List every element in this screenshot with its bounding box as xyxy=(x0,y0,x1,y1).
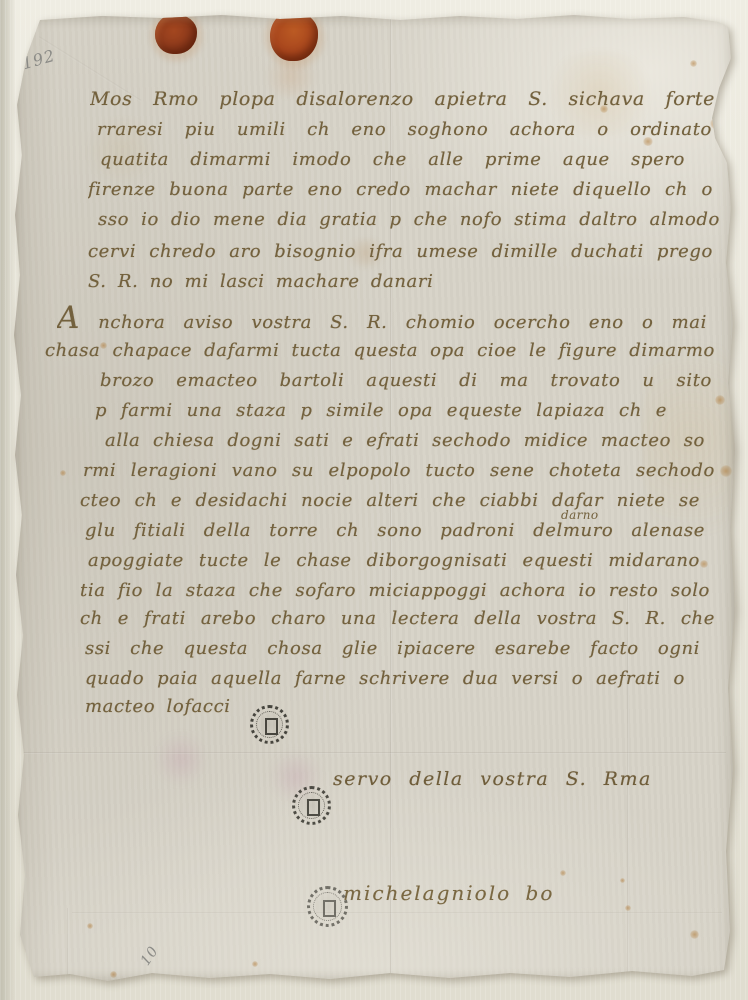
wax-seal-left xyxy=(155,14,197,54)
letter-line: brozo emacteo bartoli aquesti di ma trov… xyxy=(100,368,712,398)
letter-line: apoggiate tucte le chase diborgognisati … xyxy=(88,548,700,578)
fox-spot xyxy=(720,465,732,477)
letter-line: ch e frati arebo charo una lectera della… xyxy=(80,606,715,636)
letter-line: p farmi una staza p simile opa equeste l… xyxy=(95,398,667,428)
bottom-pencil-number: 10 xyxy=(138,943,162,968)
letter-line: macteo lofacci xyxy=(85,694,231,720)
fox-spot xyxy=(87,923,93,929)
fold-crease xyxy=(20,752,726,754)
fox-spot xyxy=(60,470,66,476)
fox-spot xyxy=(710,118,722,129)
library-stamp xyxy=(292,786,331,825)
fox-spot xyxy=(625,905,631,911)
letter-line: quado paia aquella farne schrivere dua v… xyxy=(85,666,685,696)
fox-spot xyxy=(690,60,697,67)
letter-line: alla chiesa dogni sati e efrati sechodo … xyxy=(105,428,705,458)
closing-line: servo della vostra S. Rma xyxy=(333,766,652,792)
letter-line: ssi che questa chosa glie ipiacere esare… xyxy=(85,636,700,666)
letter-line: tia fio la staza che sofaro miciappoggi … xyxy=(80,578,710,608)
library-stamp xyxy=(307,886,348,927)
folio-number: 192 xyxy=(20,48,57,73)
letter-line: chasa chapace dafarmi tucta questa opa c… xyxy=(45,338,715,368)
fox-spot xyxy=(700,560,708,568)
fox-spot xyxy=(715,395,725,405)
fox-spot xyxy=(110,971,117,978)
interlinear-note: darno xyxy=(561,509,599,521)
scan-background: { "annotations": { "corner_number": "192… xyxy=(0,0,748,1000)
letter-page-wrapper: 192 10 Mos Rmo plopa disalorenzo apietra… xyxy=(0,0,748,1000)
letter-line: firenze buona parte eno credo machar nie… xyxy=(88,177,713,207)
pink-bleed-stain xyxy=(157,730,205,788)
letter-line: glu fitiali della torre ch sono padroni … xyxy=(85,518,705,548)
letter-line: A nchora aviso vostra S. R. chomio ocerc… xyxy=(57,305,707,339)
letter-line: sso io dio mene dia gratia p che nofo st… xyxy=(98,207,720,237)
fox-spot xyxy=(620,878,625,883)
fold-crease xyxy=(72,912,722,914)
library-stamp xyxy=(250,705,289,744)
letter-page: 192 10 Mos Rmo plopa disalorenzo apietra… xyxy=(12,13,738,985)
fox-spot xyxy=(252,961,258,967)
fox-spot xyxy=(600,105,608,113)
fox-spot xyxy=(690,930,699,939)
letter-line: rmi leragioni vano su elpopolo tucto sen… xyxy=(83,458,715,488)
letter-line: cervi chredo aro bisognio ifra umese dim… xyxy=(88,239,713,269)
letter-line: rraresi piu umili ch eno soghono achora … xyxy=(97,117,712,147)
fox-spot xyxy=(560,870,566,876)
letter-line: Mos Rmo plopa disalorenzo apietra S. sic… xyxy=(90,86,715,116)
letter-line: cteo ch e desidachi nocie alteri che cia… xyxy=(80,488,700,518)
fox-spot xyxy=(100,342,107,349)
signature-line: michelagniolo bo xyxy=(343,880,554,906)
letter-line: quatita dimarmi imodo che alle prime aqu… xyxy=(100,147,685,177)
letter-line: S. R. no mi lasci machare danari xyxy=(88,269,433,295)
fox-spot xyxy=(643,137,653,146)
wax-seal-right xyxy=(270,11,318,61)
fold-crease xyxy=(67,908,69,978)
